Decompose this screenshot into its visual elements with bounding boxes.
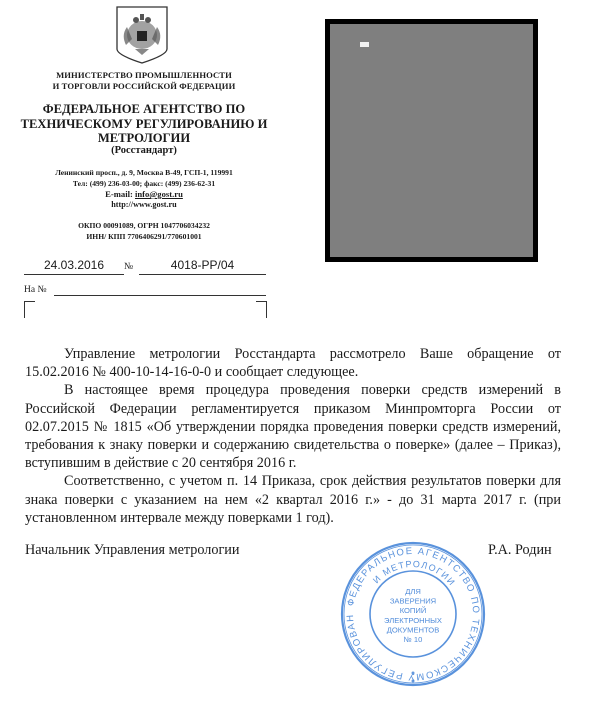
signatory-title: Начальник Управления метрологии: [25, 542, 239, 559]
email-link[interactable]: info@gost.ru: [135, 189, 183, 199]
paragraph-1: Управление метрологии Росстандарта рассм…: [25, 345, 561, 381]
okpo-ogrn: ОКПО 00091089, ОГРН 1047706034232: [10, 221, 278, 232]
address: Ленинский просп., д. 9, Москва В-49, ГСП…: [10, 168, 278, 179]
outgoing-date: 24.03.2016: [24, 258, 124, 275]
stamp-center-line: ДОКУМЕНТОВ: [387, 625, 440, 634]
inn-kpp: ИНН/ КПП 7706406291/770601001: [10, 232, 278, 243]
reply-to-label: На №: [24, 285, 47, 295]
stamp-center-line: ЭЛЕКТРОННЫХ: [384, 616, 442, 625]
agency-line-2: ТЕХНИЧЕСКОМУ РЕГУЛИРОВАНИЮ И: [10, 117, 278, 132]
address-corner-left: [24, 301, 35, 318]
address-corner-right: [256, 301, 267, 318]
stamp-center-line: ДЛЯ: [405, 587, 421, 596]
agency-short-name: (Росстандарт): [10, 145, 278, 156]
signatory-name: Р.А. Родин: [488, 542, 552, 559]
redaction-artifact: [360, 42, 369, 47]
agency-name: ФЕДЕРАЛЬНОЕ АГЕНТСТВО ПО ТЕХНИЧЕСКОМУ РЕ…: [10, 102, 278, 146]
email-row: E-mail: info@gost.ru: [10, 189, 278, 200]
reply-to-field: [54, 282, 266, 296]
outgoing-number: 4018-РР/04: [139, 258, 266, 275]
paragraph-3: Соответственно, с учетом п. 14 Приказа, …: [25, 472, 561, 527]
number-sign: №: [124, 262, 133, 272]
agency-line-3: МЕТРОЛОГИИ: [10, 131, 278, 146]
ministry-line-2: И ТОРГОВЛИ РОССИЙСКОЙ ФЕДЕРАЦИИ: [10, 81, 278, 92]
phone: Тел: (499) 236-03-00; факс: (499) 236-62…: [10, 179, 278, 190]
agency-line-1: ФЕДЕРАЛЬНОЕ АГЕНТСТВО ПО: [10, 102, 278, 117]
stamp-center-line: ЗАВЕРЕНИЯ: [390, 597, 436, 606]
stamp-center-line: № 10: [404, 635, 423, 644]
official-stamp: ФЕДЕРАЛЬНОЕ АГЕНТСТВО ПО ТЕХНИЧЕСКОМУ РЕ…: [338, 539, 488, 689]
contacts: Ленинский просп., д. 9, Москва В-49, ГСП…: [10, 168, 278, 210]
stamp-center-line: КОПИЙ: [400, 606, 427, 615]
redacted-area: [325, 19, 538, 262]
paragraph-2: В настоящее время процедура проведения п…: [25, 381, 561, 472]
letter-body: Управление метрологии Росстандарта рассм…: [25, 345, 561, 527]
registration-ids: ОКПО 00091089, ОГРН 1047706034232 ИНН/ К…: [10, 221, 278, 242]
email-label: E-mail:: [105, 189, 135, 199]
website-link[interactable]: http://www.gost.ru: [10, 200, 278, 211]
coat-of-arms-icon: [115, 5, 169, 65]
ministry-line-1: МИНИСТЕРСТВО ПРОМЫШЛЕННОСТИ: [10, 70, 278, 81]
ministry-name: МИНИСТЕРСТВО ПРОМЫШЛЕННОСТИ И ТОРГОВЛИ Р…: [10, 70, 278, 92]
